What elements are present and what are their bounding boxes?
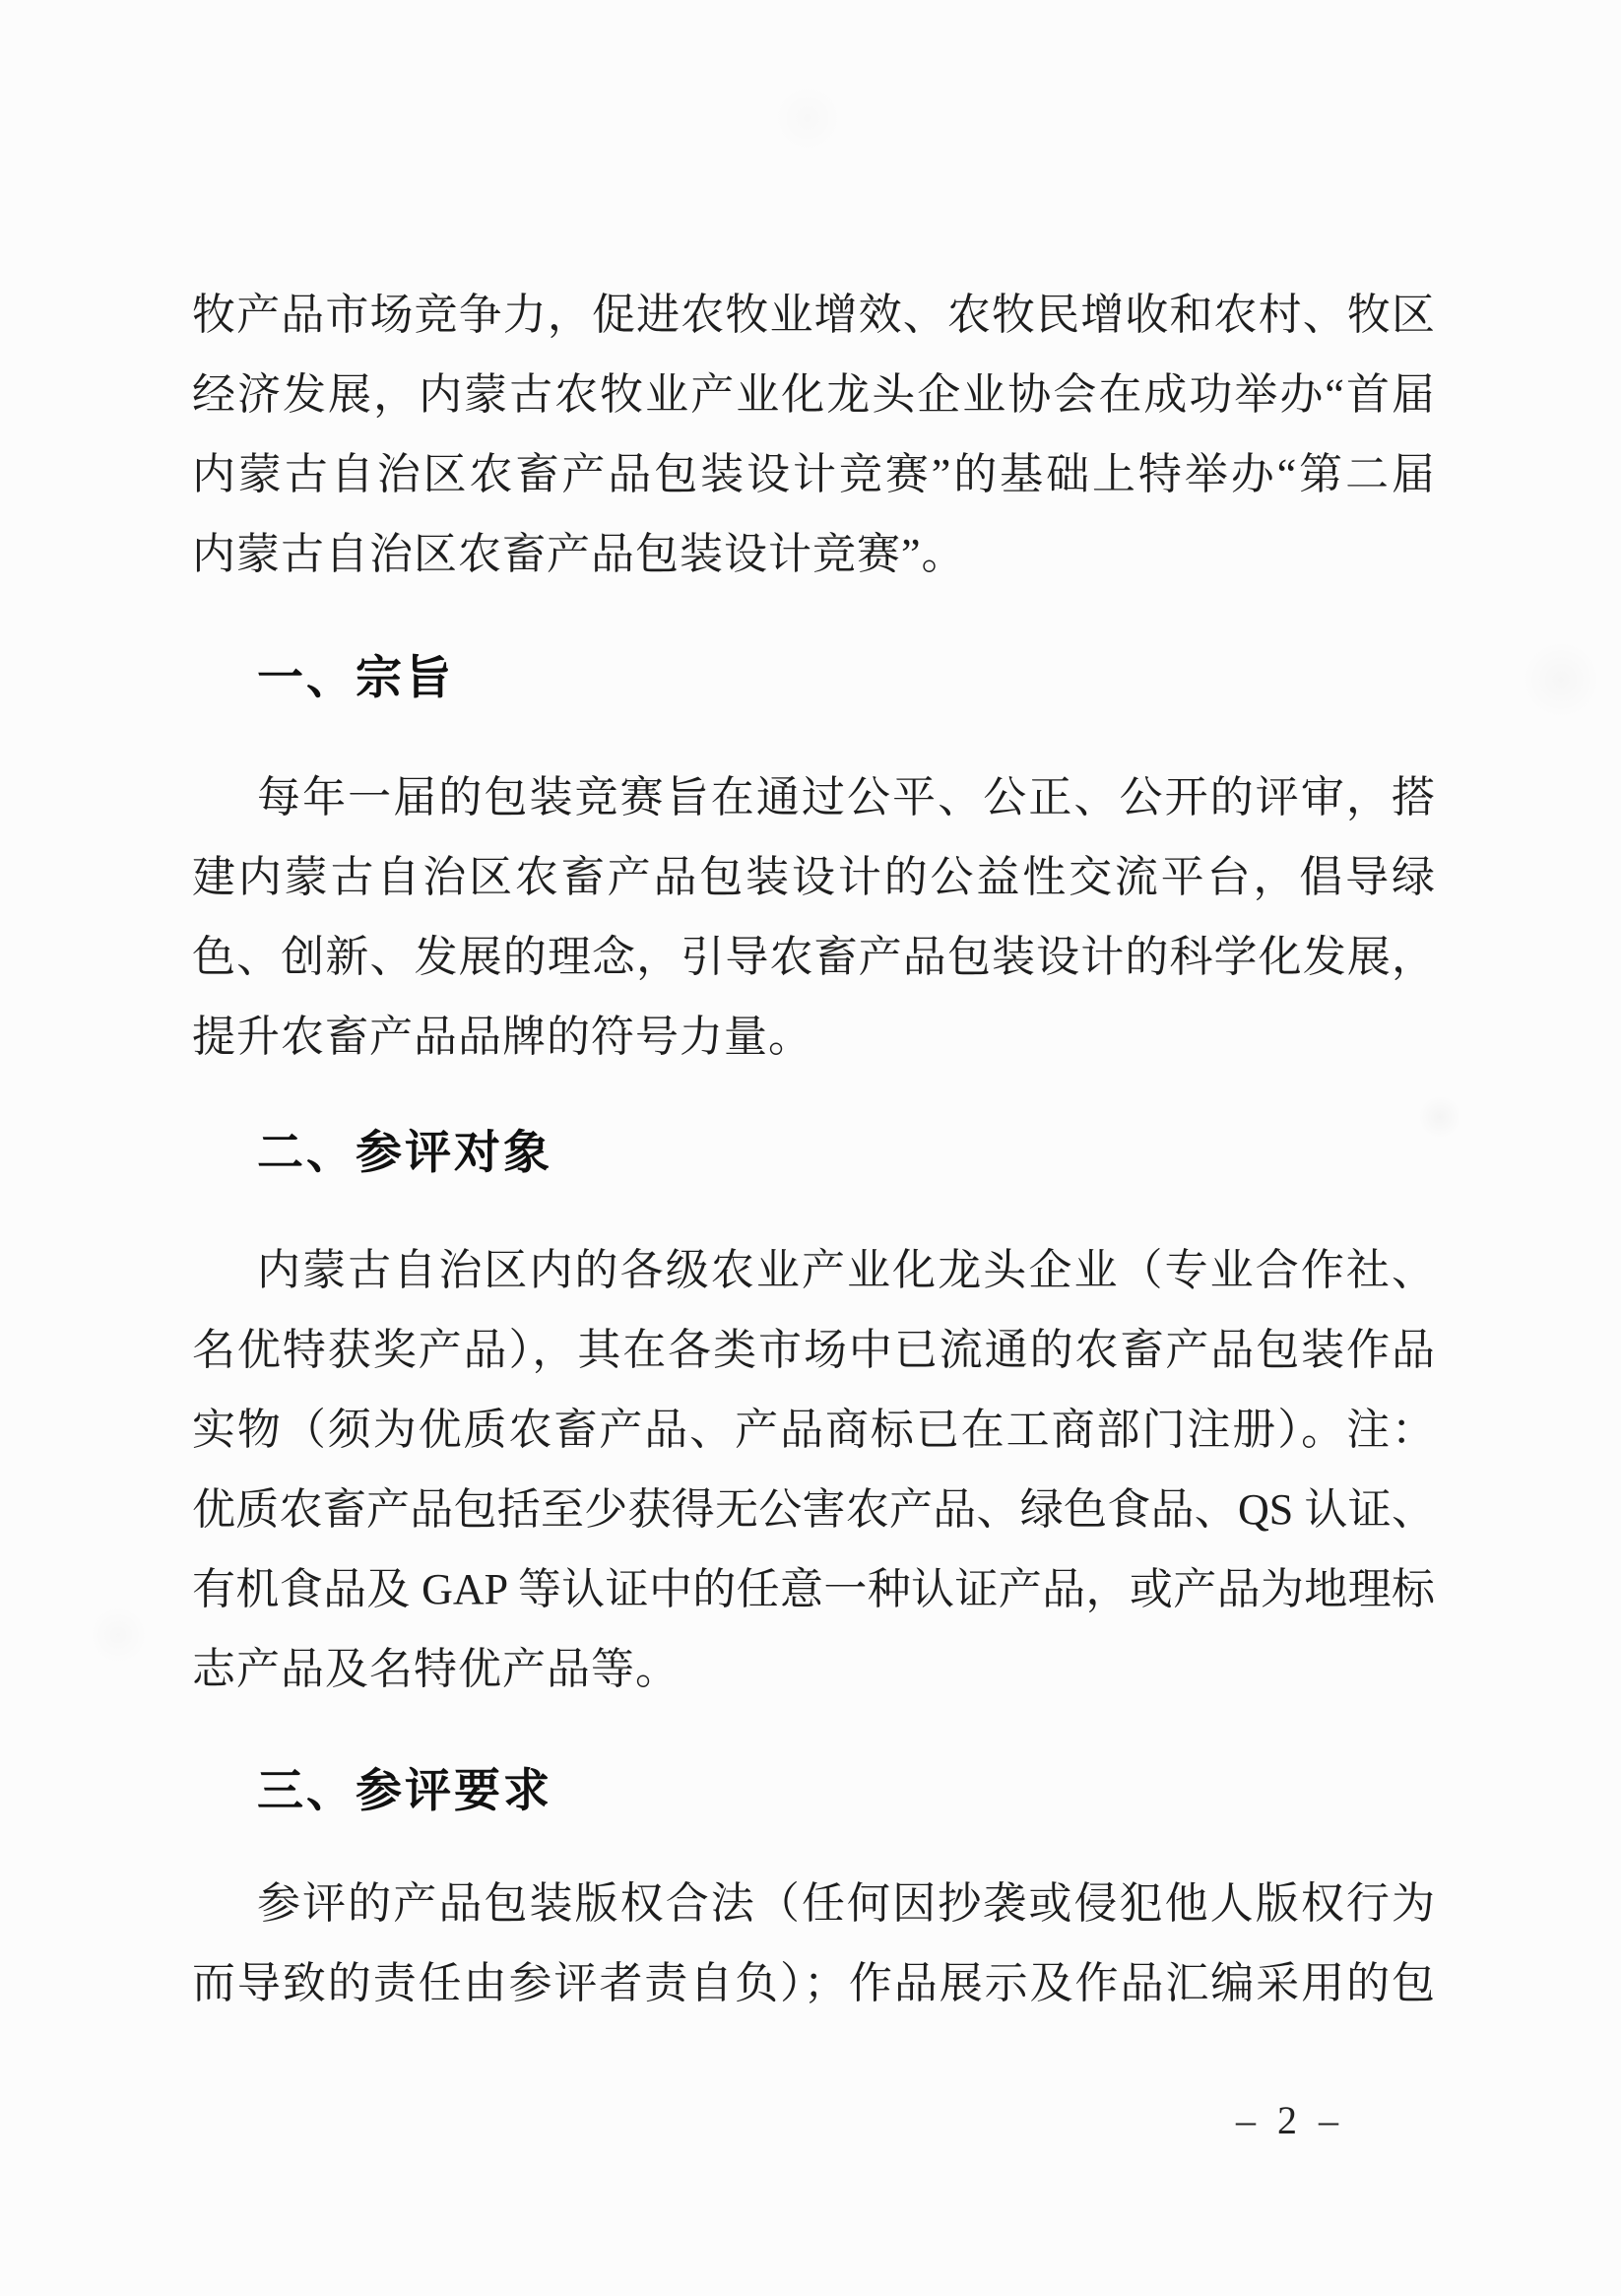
section-1-heading: 一、宗旨 bbox=[192, 638, 1435, 718]
text-line: 名优特获奖产品），其在各类市场中已流通的农畜产品包装作品 bbox=[192, 1310, 1435, 1390]
paragraph-requirements: 参评的产品包装版权合法（任何因抄袭或侵犯他人版权行为 而导致的责任由参评者责自负… bbox=[192, 1864, 1435, 2023]
text-line: 牧产品市场竞争力，促进农牧业增效、农牧民增收和农村、牧区 bbox=[192, 275, 1435, 355]
section-3-heading: 三、参评要求 bbox=[192, 1751, 1435, 1831]
text-line: 而导致的责任由参评者责自负）；作品展示及作品汇编采用的包 bbox=[192, 1943, 1435, 2023]
text-line: 参评的产品包装版权合法（任何因抄袭或侵犯他人版权行为 bbox=[192, 1864, 1435, 1943]
text-line: 建内蒙古自治区农畜产品包装设计的公益性交流平台，倡导绿 bbox=[192, 837, 1435, 917]
text-line: 实物（须为优质农畜产品、产品商标已在工商部门注册）。注： bbox=[192, 1390, 1435, 1470]
text-line: 内蒙古自治区内的各级农业产业化龙头企业（专业合作社、 bbox=[192, 1230, 1435, 1310]
page-number: – 2 – bbox=[1123, 2091, 1458, 2150]
text-line: 每年一届的包装竞赛旨在通过公平、公正、公开的评审，搭 bbox=[192, 757, 1435, 837]
text-line: 有机食品及 GAP 等认证中的任意一种认证产品，或产品为地理标 bbox=[192, 1549, 1435, 1629]
text-line: 经济发展，内蒙古农牧业产业化龙头企业协会在成功举办“首届 bbox=[192, 355, 1435, 434]
section-2-heading: 二、参评对象 bbox=[192, 1113, 1435, 1193]
text-line: 内蒙古自治区农畜产品包装设计竞赛”。 bbox=[192, 514, 1435, 594]
text-line: 色、创新、发展的理念，引导农畜产品包装设计的科学化发展， bbox=[192, 917, 1435, 997]
document-page: 牧产品市场竞争力，促进农牧业增效、农牧民增收和农村、牧区 经济发展，内蒙古农牧业… bbox=[0, 0, 1621, 2296]
text-line: 提升农畜产品品牌的符号力量。 bbox=[192, 997, 1435, 1077]
text-line: 志产品及名特优产品等。 bbox=[192, 1629, 1435, 1709]
paragraph-intro: 牧产品市场竞争力，促进农牧业增效、农牧民增收和农村、牧区 经济发展，内蒙古农牧业… bbox=[192, 275, 1435, 594]
text-line: 优质农畜产品包括至少获得无公害农产品、绿色食品、QS 认证、 bbox=[192, 1470, 1435, 1549]
paragraph-purpose: 每年一届的包装竞赛旨在通过公平、公正、公开的评审，搭 建内蒙古自治区农畜产品包装… bbox=[192, 757, 1435, 1077]
text-line: 内蒙古自治区农畜产品包装设计竞赛”的基础上特举办“第二届 bbox=[192, 434, 1435, 514]
paragraph-eligibility: 内蒙古自治区内的各级农业产业化龙头企业（专业合作社、 名优特获奖产品），其在各类… bbox=[192, 1230, 1435, 1709]
